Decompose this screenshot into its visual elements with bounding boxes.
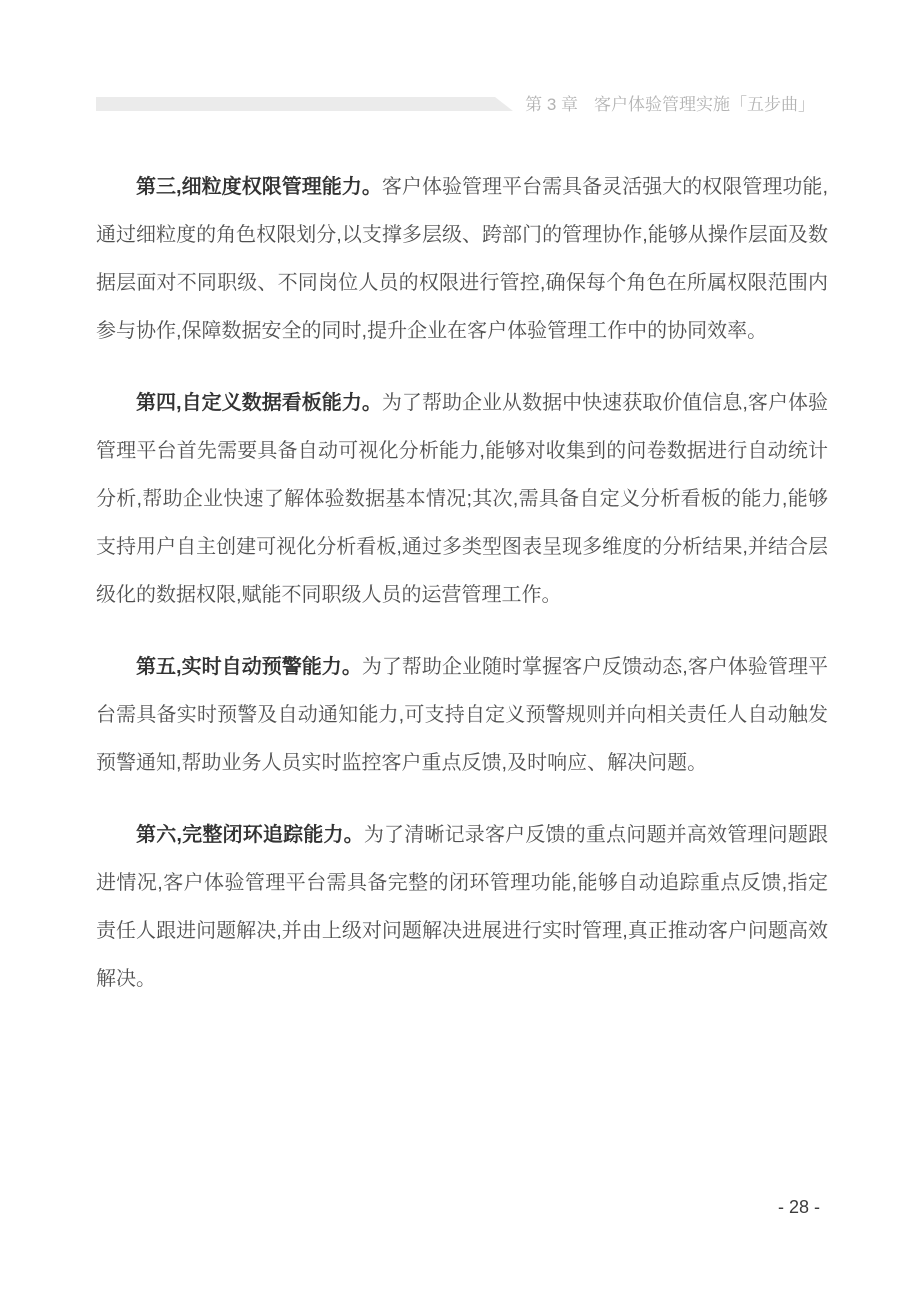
header-accent-bar xyxy=(96,97,513,111)
chapter-label: 第 3 章 xyxy=(525,95,578,114)
paragraph-text: 客户体验管理平台需具备灵活强大的权限管理功能,通过细粒度的角色权限划分,以支撑多… xyxy=(96,176,828,342)
running-head: 第 3 章客户体验管理实施「五步曲」 xyxy=(525,95,815,114)
paragraph-lead: 第四,自定义数据看板能力。 xyxy=(136,392,382,414)
chapter-title: 客户体验管理实施「五步曲」 xyxy=(594,95,815,114)
paragraph-text: 为了清晰记录客户反馈的重点问题并高效管理问题跟进情况,客户体验管理平台需具备完整… xyxy=(96,824,828,990)
paragraph-lead: 第五,实时自动预警能力。 xyxy=(136,656,362,678)
page-body: 第三,细粒度权限管理能力。客户体验管理平台需具备灵活强大的权限管理功能,通过细粒… xyxy=(96,163,828,1027)
paragraph-lead: 第三,细粒度权限管理能力。 xyxy=(136,176,382,198)
document-page: 第 3 章客户体验管理实施「五步曲」 第三,细粒度权限管理能力。客户体验管理平台… xyxy=(0,0,919,1307)
paragraph: 第三,细粒度权限管理能力。客户体验管理平台需具备灵活强大的权限管理功能,通过细粒… xyxy=(96,163,828,355)
paragraph: 第五,实时自动预警能力。为了帮助企业随时掌握客户反馈动态,客户体验管理平台需具备… xyxy=(96,643,828,787)
paragraph: 第四,自定义数据看板能力。为了帮助企业从数据中快速获取价值信息,客户体验管理平台… xyxy=(96,379,828,619)
paragraph: 第六,完整闭环追踪能力。为了清晰记录客户反馈的重点问题并高效管理问题跟进情况,客… xyxy=(96,811,828,1003)
paragraph-lead: 第六,完整闭环追踪能力。 xyxy=(136,824,364,846)
page-number: - 28 - xyxy=(778,1196,820,1218)
paragraph-text: 为了帮助企业从数据中快速获取价值信息,客户体验管理平台首先需要具备自动可视化分析… xyxy=(96,392,828,606)
